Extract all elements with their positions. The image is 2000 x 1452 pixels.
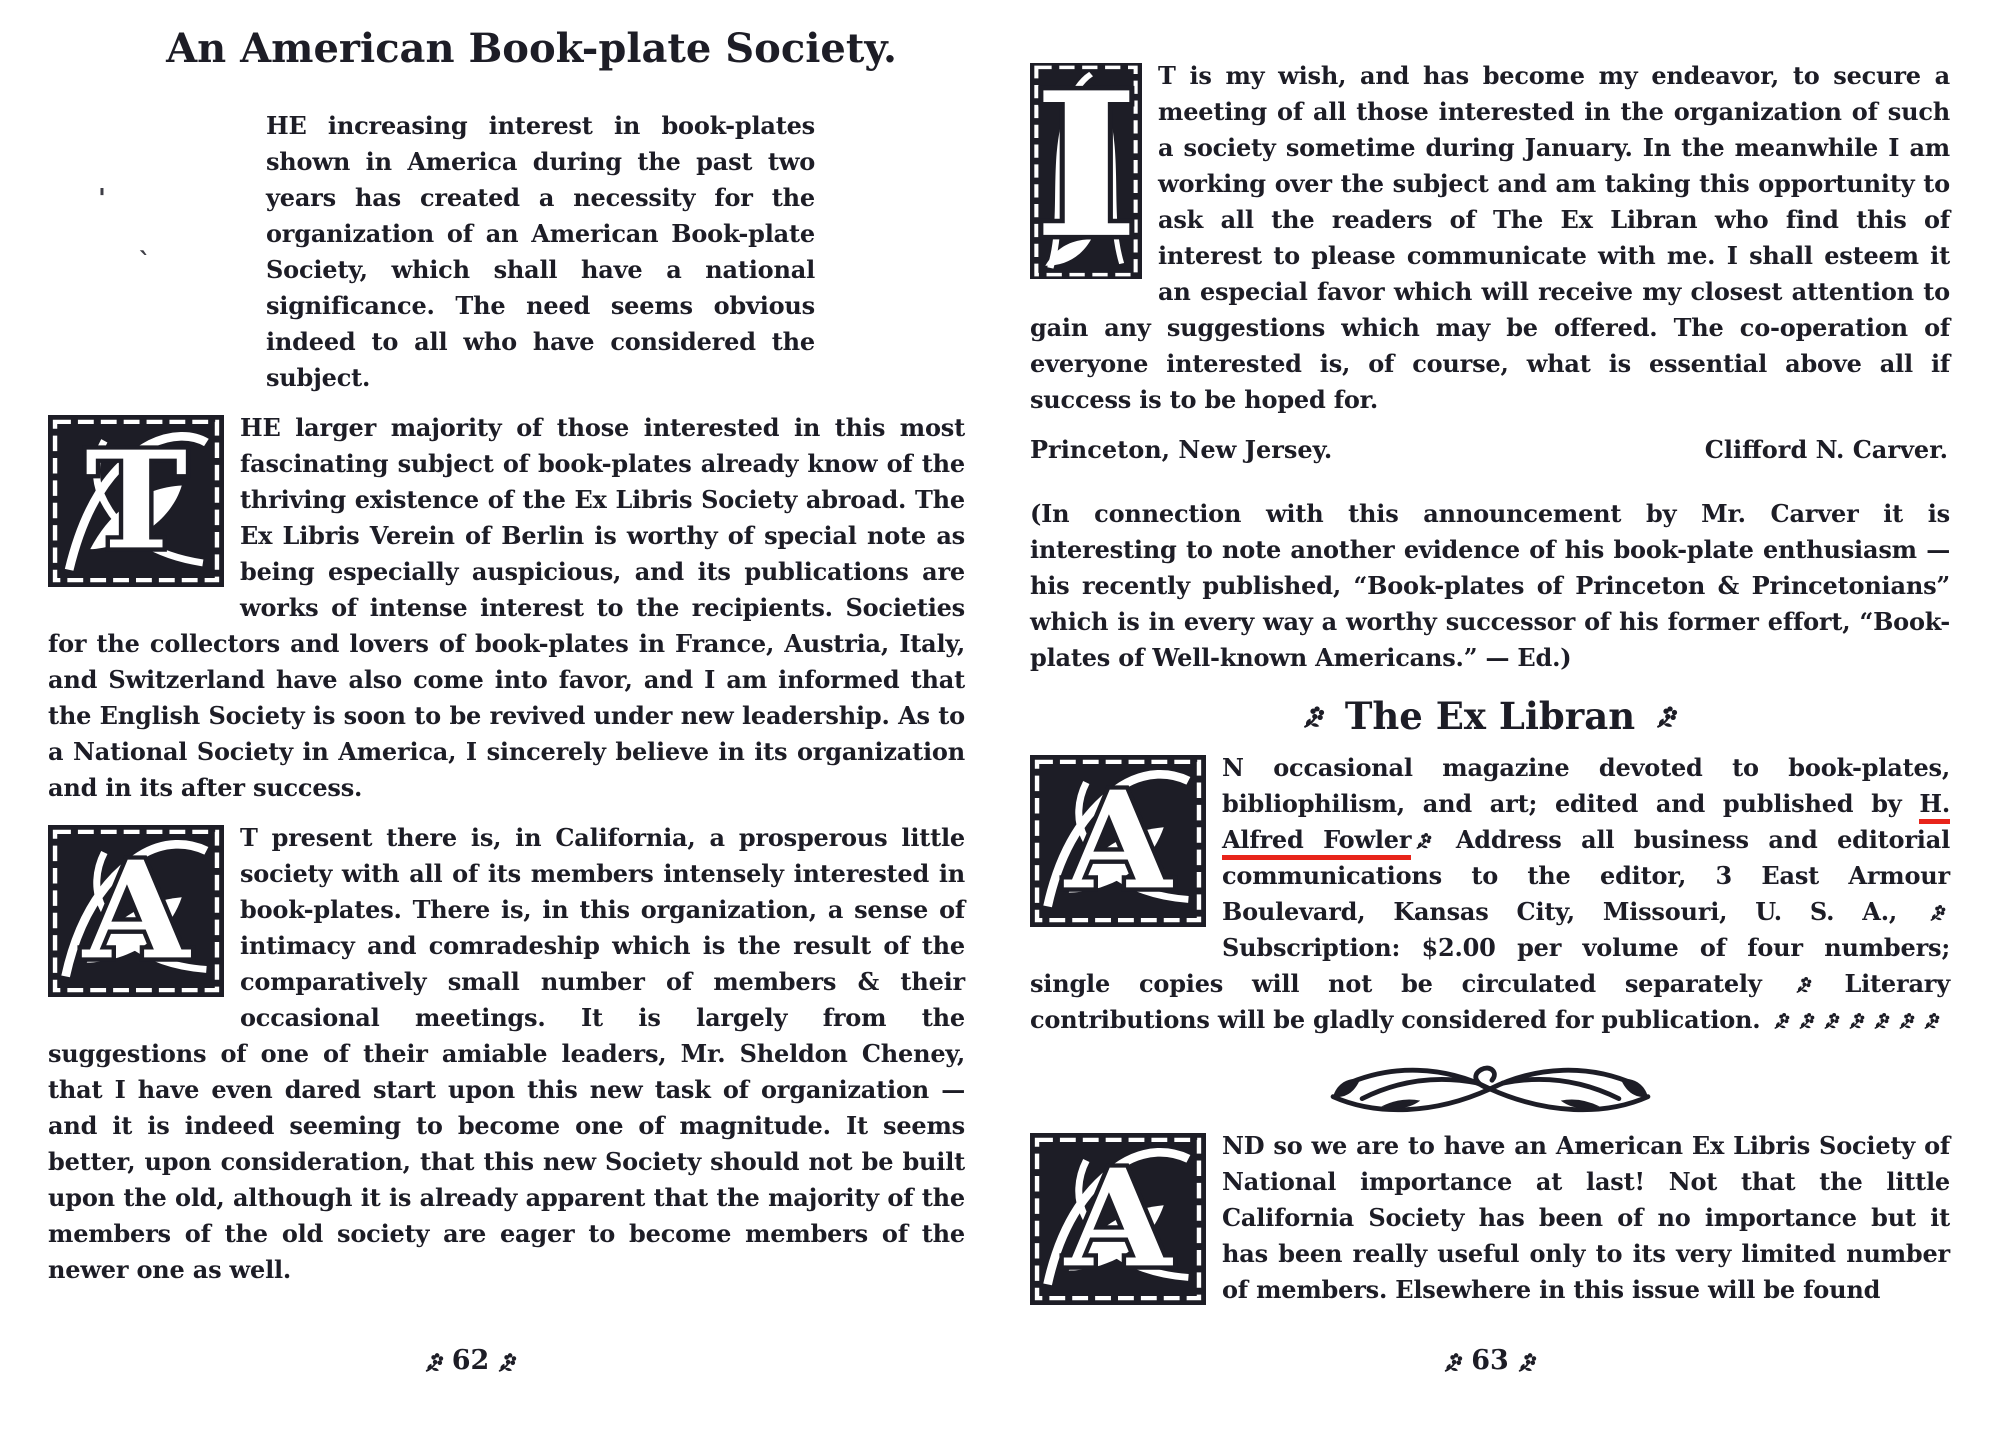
paragraph: A T present there is, in California, a p…	[48, 820, 965, 1288]
paragraph-text: N occasional magazine devoted to book-pl…	[1222, 753, 1950, 818]
fleuron-icon	[1898, 1011, 1915, 1030]
leaf-scroll-ornament-icon	[1318, 1056, 1663, 1118]
fleuron-icon	[1655, 704, 1678, 729]
fleuron-icon	[1923, 1011, 1940, 1030]
svg-text:I: I	[1033, 63, 1140, 279]
stray-ink-mark: '	[98, 184, 106, 214]
svg-text:A: A	[1063, 1141, 1173, 1298]
woodcut-initial-t-icon: T	[48, 415, 224, 587]
woodcut-initial-a-icon: A	[1030, 1133, 1206, 1305]
fleuron-icon	[424, 1351, 444, 1373]
fleuron-icon	[1823, 1011, 1840, 1030]
fleuron-icon	[1929, 903, 1946, 922]
signature-row: Princeton, New Jersey. Clifford N. Carve…	[1030, 432, 1950, 468]
magazine-paragraph: A N occasional magazine devoted to book-…	[1030, 750, 1950, 1038]
svg-text:A: A	[81, 833, 191, 990]
section-heading: The Ex Libran	[1030, 694, 1950, 738]
page-number-footer: 62	[48, 1346, 965, 1376]
stray-ink-mark: `	[138, 248, 151, 278]
woodcut-initial-a-icon: A	[48, 825, 224, 997]
fleuron-icon	[1873, 1011, 1890, 1030]
fleuron-icon	[1443, 1351, 1463, 1373]
right-page: I T is my wish, and has become my endeav…	[1030, 0, 1950, 1452]
fleuron-icon	[1848, 1011, 1865, 1030]
page-number-footer: 63	[1030, 1346, 1950, 1376]
fleuron-icon	[1302, 704, 1325, 729]
woodcut-initial-i-icon: I	[1030, 63, 1142, 279]
page-number: 62	[452, 1345, 490, 1376]
woodcut-initial-a-icon: A	[1030, 755, 1206, 927]
fleuron-icon	[1517, 1351, 1537, 1373]
paragraph-text: Subscription: $2.00 per volume of four n…	[1030, 933, 1950, 998]
opening-paragraph: HE increasing interest in book-plates sh…	[266, 108, 815, 396]
page-number: 63	[1471, 1345, 1509, 1376]
signature-place: Princeton, New Jersey.	[1030, 432, 1332, 468]
svg-text:A: A	[1063, 763, 1173, 920]
left-page: An American Book-plate Society. ' ` HE i…	[48, 0, 965, 1452]
paragraph-text: T is my wish, and has become my endeavor…	[1030, 61, 1950, 414]
fleuron-icon	[497, 1351, 517, 1373]
fleuron-icon	[1415, 831, 1432, 850]
closing-paragraph: A ND so we are to have an American Ex Li…	[1030, 1128, 1950, 1308]
fleuron-icon	[1795, 975, 1812, 994]
page-title: An American Book-plate Society.	[108, 26, 955, 72]
book-spread: An American Book-plate Society. ' ` HE i…	[0, 0, 2000, 1452]
fleuron-icon	[1773, 1011, 1790, 1030]
svg-text:T: T	[85, 423, 187, 580]
section-heading-text: The Ex Libran	[1345, 694, 1635, 738]
paragraph: I T is my wish, and has become my endeav…	[1030, 58, 1950, 418]
editor-note-paragraph: (In connection with this announcement by…	[1030, 496, 1950, 676]
paragraph-text: ND so we are to have an American Ex Libr…	[1222, 1131, 1950, 1304]
paragraph: T HE larger majority of those interested…	[48, 410, 965, 806]
signature-name: Clifford N. Carver.	[1705, 432, 1948, 468]
fleuron-icon	[1798, 1011, 1815, 1030]
